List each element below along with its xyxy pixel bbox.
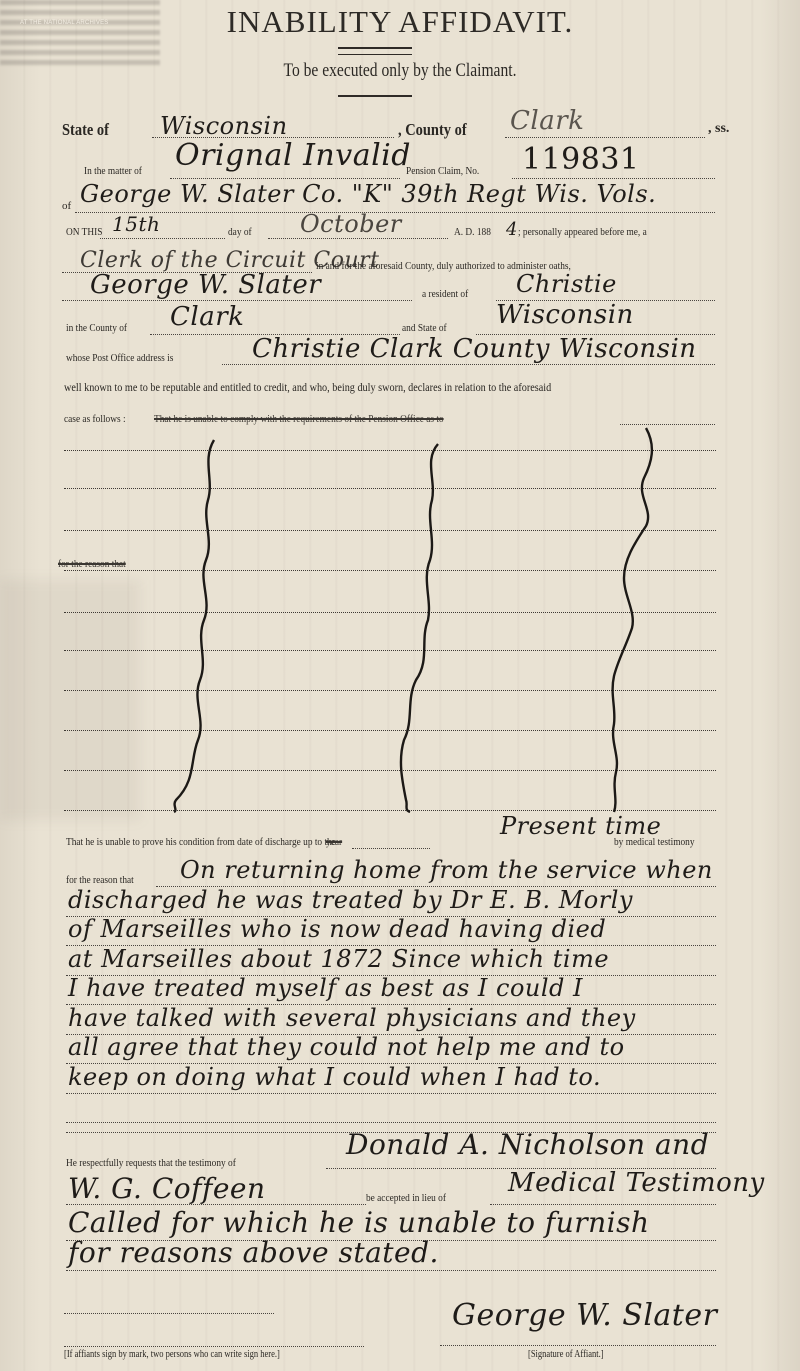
lieu-field-line (490, 1204, 716, 1205)
affidavit-page: AT THE NATIONAL ARCHIVES INABILITY AFFID… (0, 0, 800, 1371)
lieu-label: be accepted in lieu of (366, 1192, 446, 1204)
reason-text-line: discharged he was treated by Dr E. B. Mo… (68, 886, 633, 914)
reason-text-line: have talked with several physicians and … (68, 1004, 636, 1032)
unable-suffix: by medical testimony (614, 836, 694, 848)
lieu-field: Medical Testimony (508, 1168, 765, 1198)
request-text-line-1: Called for which he is unable to furnish (68, 1206, 650, 1239)
request-text-line-2: for reasons above stated. (68, 1236, 439, 1269)
witness-1-field: Donald A. Nicholson and (346, 1128, 709, 1161)
reason-text-line: keep on doing what I could when I had to… (68, 1063, 601, 1091)
reason-text-line: of Marseilles who is now dead having die… (68, 915, 606, 943)
mark-witness-line-1 (64, 1313, 274, 1314)
void-mark-1 (174, 440, 214, 812)
reason-text-line: On returning home from the service when (180, 856, 713, 884)
request-line-2 (66, 1270, 716, 1271)
reason-text-line: all agree that they could not help me an… (68, 1033, 625, 1061)
reason-ruled-line (66, 1122, 716, 1123)
mark-witness-line-2 (64, 1346, 364, 1347)
reason-ruled-line (66, 1093, 716, 1094)
signature-label: [Signature of Affiant.] (528, 1349, 604, 1360)
void-mark-3 (613, 428, 652, 812)
mark-note: [If affiants sign by mark, two persons w… (64, 1349, 280, 1360)
signature-line (440, 1345, 716, 1346)
affiant-signature: George W. Slater (452, 1298, 717, 1333)
unable-field-line (352, 848, 430, 849)
testimony-label: He respectfully requests that the testim… (66, 1157, 236, 1169)
unable-prefix: That he is unable to prove his condition… (66, 836, 336, 848)
witness-2-field: W. G. Coffeen (68, 1172, 266, 1205)
reason-text-line: at Marseilles about 1872 Since which tim… (68, 945, 609, 973)
unable-struck-word: year (326, 836, 342, 848)
reason-text-line: I have treated myself as best as I could… (68, 974, 583, 1002)
void-mark-2 (401, 444, 438, 812)
reason-label: for the reason that (66, 874, 134, 886)
